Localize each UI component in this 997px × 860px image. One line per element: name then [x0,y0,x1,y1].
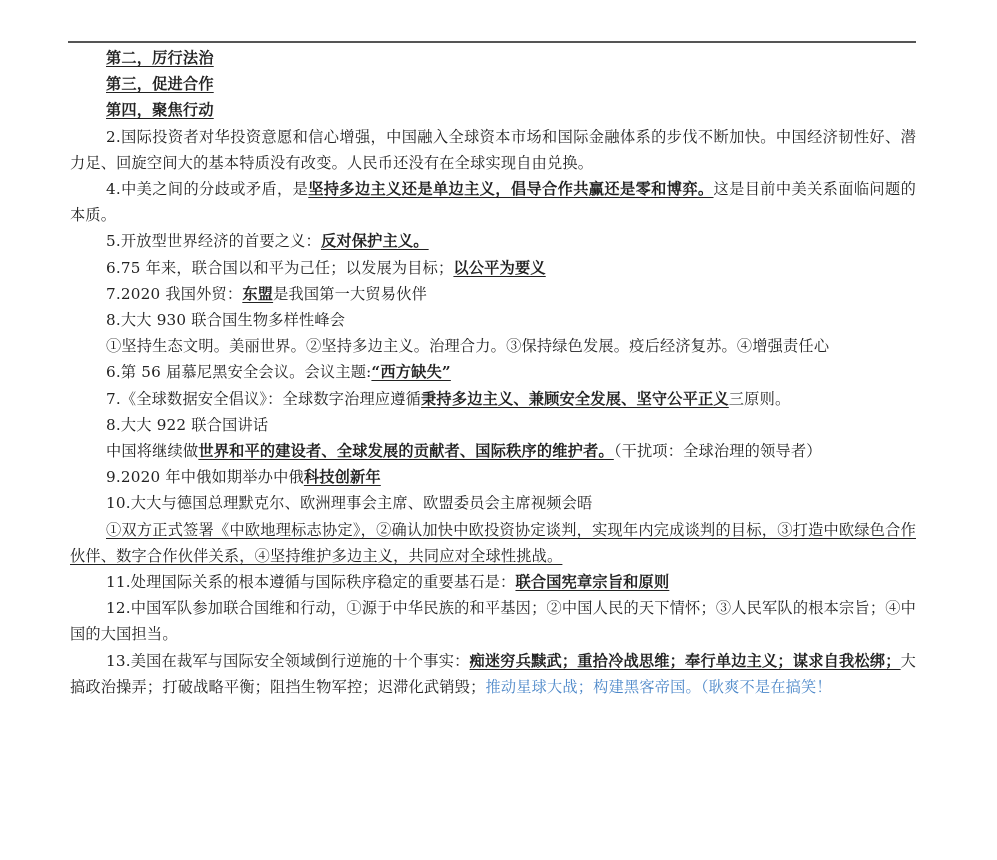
paragraph-4: 4.中美之间的分歧或矛盾，是坚持多边主义还是单边主义，倡导合作共赢还是零和博弈。… [70,176,916,228]
paragraph-12: 12.中国军队参加联合国维和行动，①源于中华民族的和平基因；②中国人民的天下情怀… [70,595,916,647]
key-point: 东盟 [242,285,273,303]
paragraph-2: 2.国际投资者对华投资意愿和信心增强，中国融入全球资本市场和国际金融体系的步伐不… [70,124,916,176]
key-point: “西方缺失” [371,363,450,381]
paragraph-7b: 7.《全球数据安全倡议》：全球数字治理应遵循秉持多边主义、兼顾安全发展、坚守公平… [70,386,916,412]
paragraph-8-detail: ①坚持生态文明。美丽世界。②坚持多边主义。治理合力。③保持绿色发展。疫后经济复苏… [70,333,916,359]
blue-note: 推动星球大战；构建黑客帝国。（耿爽不是在搞笑！ [485,678,831,696]
document-body: 第二，厉行法治 第三，促进合作 第四，聚焦行动 2.国际投资者对华投资意愿和信心… [70,45,916,700]
paragraph-8: 8.大大 930 联合国生物多样性峰会 [70,307,916,333]
key-point: 秉持多边主义、兼顾安全发展、坚守公平正义 [421,390,729,408]
key-point: 坚持多边主义还是单边主义，倡导合作共赢还是零和博弈。 [308,180,713,198]
paragraph-10-detail: ①双方正式签署《中欧地理标志协定》，②确认加快中欧投资协定谈判，实现年内完成谈判… [70,517,916,569]
paragraph-6b: 6.第 56 届慕尼黑安全会议。会议主题:“西方缺失” [70,359,916,385]
paragraph-11: 11.处理国际关系的根本遵循与国际秩序稳定的重要基石是：联合国宪章宗旨和原则 [70,569,916,595]
paragraph-6: 6.75 年来，联合国以和平为己任；以发展为目标；以公平为要义 [70,255,916,281]
paragraph-5: 5.开放型世界经济的首要之义：反对保护主义。 [70,228,916,254]
paragraph-8b-detail: 中国将继续做世界和平的建设者、全球发展的贡献者、国际秩序的维护者。（干扰项：全球… [70,438,916,464]
key-point: 痴迷穷兵黩武；重拾冷战思维；奉行单边主义；谋求自我松绑； [470,652,901,670]
heading-third: 第三，促进合作 [70,71,916,97]
paragraph-8b: 8.大大 922 联合国讲话 [70,412,916,438]
paragraph-7: 7.2020 我国外贸：东盟是我国第一大贸易伙伴 [70,281,916,307]
heading-fourth: 第四，聚焦行动 [70,97,916,123]
header-rule [68,41,916,43]
paragraph-13: 13.美国在裁军与国际安全领域倒行逆施的十个事实：痴迷穷兵黩武；重拾冷战思维；奉… [70,648,916,700]
heading-second: 第二，厉行法治 [70,45,916,71]
paragraph-10: 10.大大与德国总理默克尔、欧洲理事会主席、欧盟委员会主席视频会晤 [70,490,916,516]
key-point: 反对保护主义。 [321,232,429,250]
key-point: 世界和平的建设者、全球发展的贡献者、国际秩序的维护者。 [198,442,613,460]
key-point: 联合国宪章宗旨和原则 [515,573,669,591]
key-point: 以公平为要义 [453,259,545,277]
paragraph-9: 9.2020 年中俄如期举办中俄科技创新年 [70,464,916,490]
key-point: 科技创新年 [304,468,381,486]
